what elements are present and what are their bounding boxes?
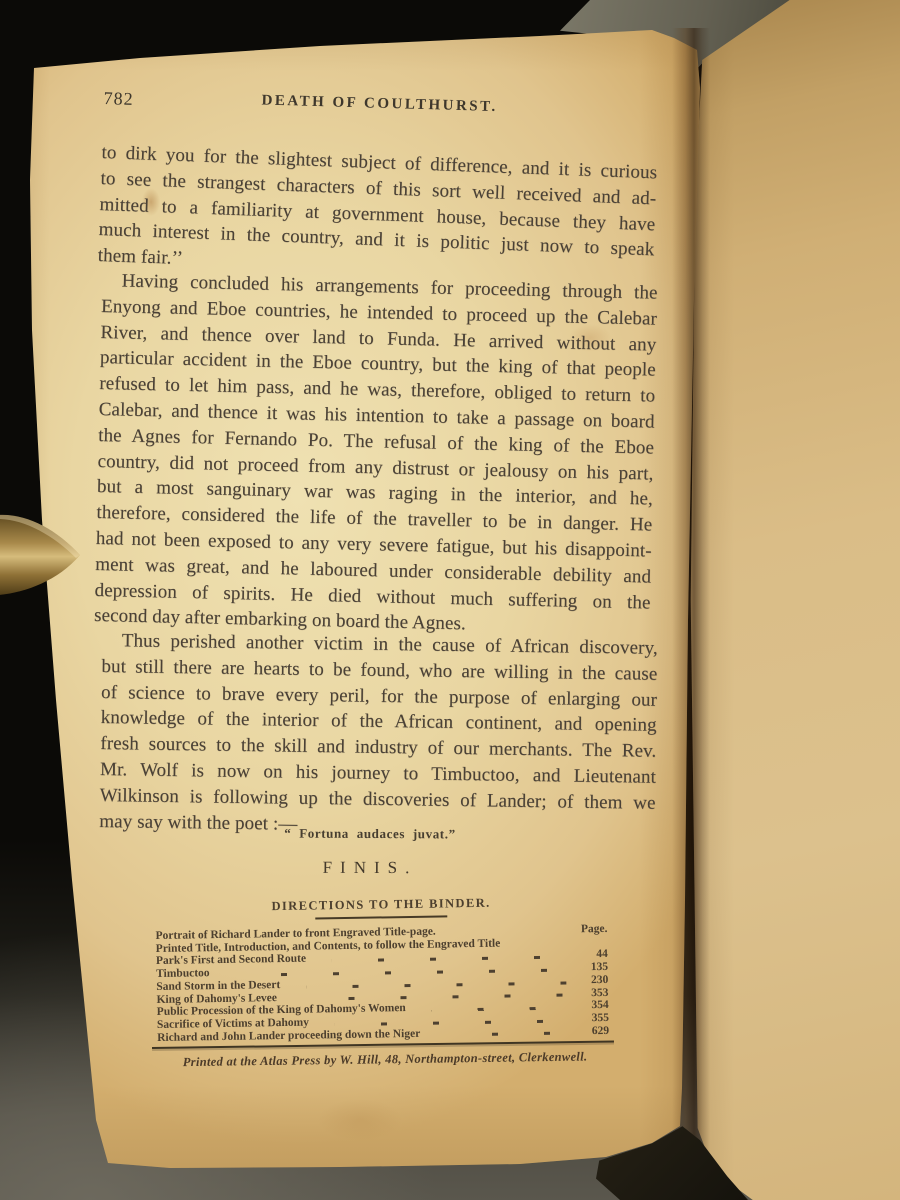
binder-heading: DIRECTIONS TO THE BINDER. <box>155 894 607 916</box>
rule-short <box>315 915 447 919</box>
paragraph-1: to dirk you for the slightest subject of… <box>97 140 657 289</box>
paragraph-3: Thus perished another victim in the caus… <box>99 628 658 842</box>
printer-imprint: Printed at the Atlas Press by W. Hill, 4… <box>120 1049 650 1071</box>
binder-page-number: 355 <box>573 1012 609 1025</box>
binder-page-number: 135 <box>572 961 608 974</box>
binder-label: Richard and John Lander proceeding down … <box>157 1027 420 1044</box>
dash-leader <box>446 1032 567 1037</box>
page-number: 782 <box>103 88 134 110</box>
binder-page-number: 353 <box>572 986 608 999</box>
binder-page-number: 354 <box>573 999 609 1012</box>
page-header: 782 DEATH OF COULTHURST. <box>102 88 658 121</box>
running-header: DEATH OF COULTHURST. <box>102 88 658 121</box>
binder-label: Park's First and Second Route <box>156 953 306 968</box>
latin-quote: “ Fortuna audaces juvat.” <box>102 825 638 844</box>
letter-opener-tip-icon <box>0 505 93 605</box>
page-column-header: Page. <box>436 923 608 938</box>
binder-page-number: 629 <box>573 1025 609 1038</box>
binder-page-number: 44 <box>572 948 608 961</box>
page-gutter-shadow <box>672 28 710 1178</box>
finis-heading: FINIS. <box>102 857 638 879</box>
binder-page-number: 230 <box>572 974 608 987</box>
paragraph-2: Having concluded his arrangements for pr… <box>94 268 658 642</box>
book-page: 782 DEATH OF COULTHURST. to dirk you for… <box>0 0 710 1180</box>
book-photo: 782 DEATH OF COULTHURST. to dirk you for… <box>0 0 900 1200</box>
binder-label: Timbuctoo <box>156 967 210 981</box>
binder-directions: DIRECTIONS TO THE BINDER. Portrait of Ri… <box>155 894 609 1044</box>
page-content: 782 DEATH OF COULTHURST. to dirk you for… <box>0 0 710 1180</box>
dash-leader <box>432 1006 567 1011</box>
